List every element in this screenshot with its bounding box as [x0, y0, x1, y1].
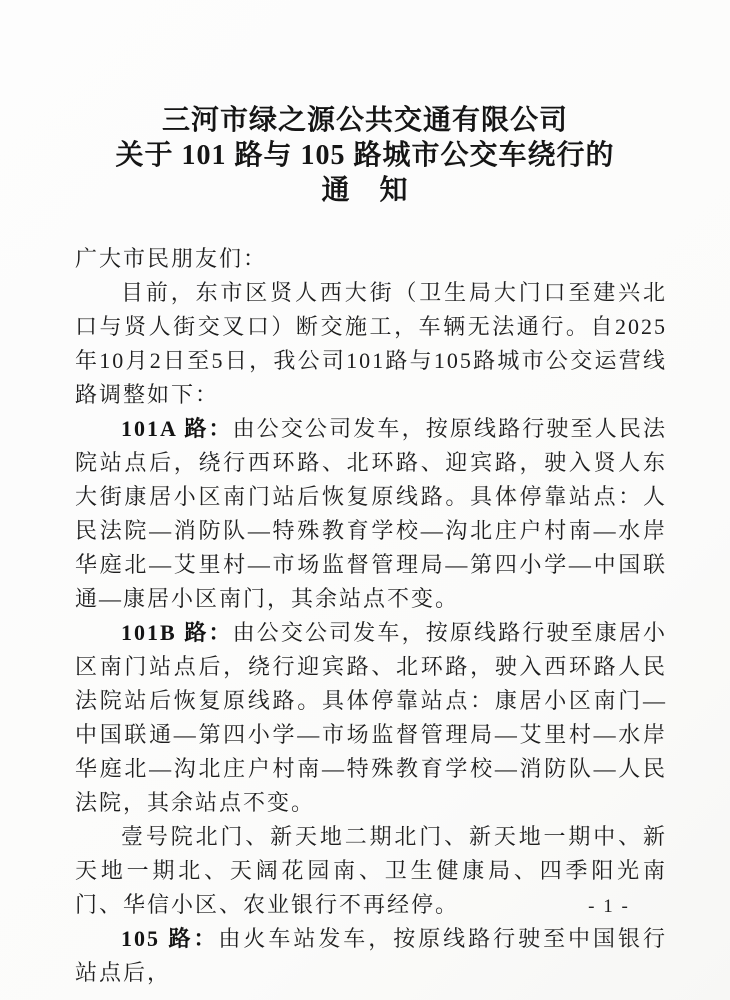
page-number: - 1 - — [574, 896, 644, 918]
paragraph-text: 目前，东市区贤人西大街（卫生局大门口至建兴北口与贤人街交叉口）断交施工，车辆无法… — [75, 280, 667, 407]
paragraph-text: 由公交公司发车，按原线路行驶至人民法院站点后，绕行西环路、北环路、迎宾路，驶入贤… — [75, 416, 667, 611]
title-line-subject: 关于 101 路与 105 路城市公交车绕行的 — [0, 138, 730, 173]
paragraph-text: 由公交公司发车，按原线路行驶至康居小区南门站点后，绕行迎宾路、北环路，驶入西环路… — [75, 620, 667, 815]
paragraph-lead: 101A 路： — [121, 416, 233, 441]
notice-document-page: 三河市绿之源公共交通有限公司 关于 101 路与 105 路城市公交车绕行的 通… — [0, 0, 730, 1000]
salutation: 广大市民朋友们： — [75, 242, 667, 276]
paragraph-lead: 101B 路： — [121, 620, 233, 645]
document-title: 三河市绿之源公共交通有限公司 关于 101 路与 105 路城市公交车绕行的 通… — [0, 0, 730, 208]
title-line-company: 三河市绿之源公共交通有限公司 — [0, 103, 730, 138]
paragraph-route-101a: 101A 路：由公交公司发车，按原线路行驶至人民法院站点后，绕行西环路、北环路、… — [75, 412, 667, 616]
title-line-notice: 通 知 — [0, 173, 730, 208]
paragraph-intro: 目前，东市区贤人西大街（卫生局大门口至建兴北口与贤人街交叉口）断交施工，车辆无法… — [75, 276, 667, 412]
paragraph-route-101b: 101B 路：由公交公司发车，按原线路行驶至康居小区南门站点后，绕行迎宾路、北环… — [75, 616, 667, 820]
document-body: 广大市民朋友们： 目前，东市区贤人西大街（卫生局大门口至建兴北口与贤人街交叉口）… — [75, 242, 667, 990]
paragraph-route-105: 105 路：由火车站发车，按原线路行驶至中国银行站点后， — [75, 922, 667, 990]
paragraph-lead: 105 路： — [121, 926, 218, 951]
